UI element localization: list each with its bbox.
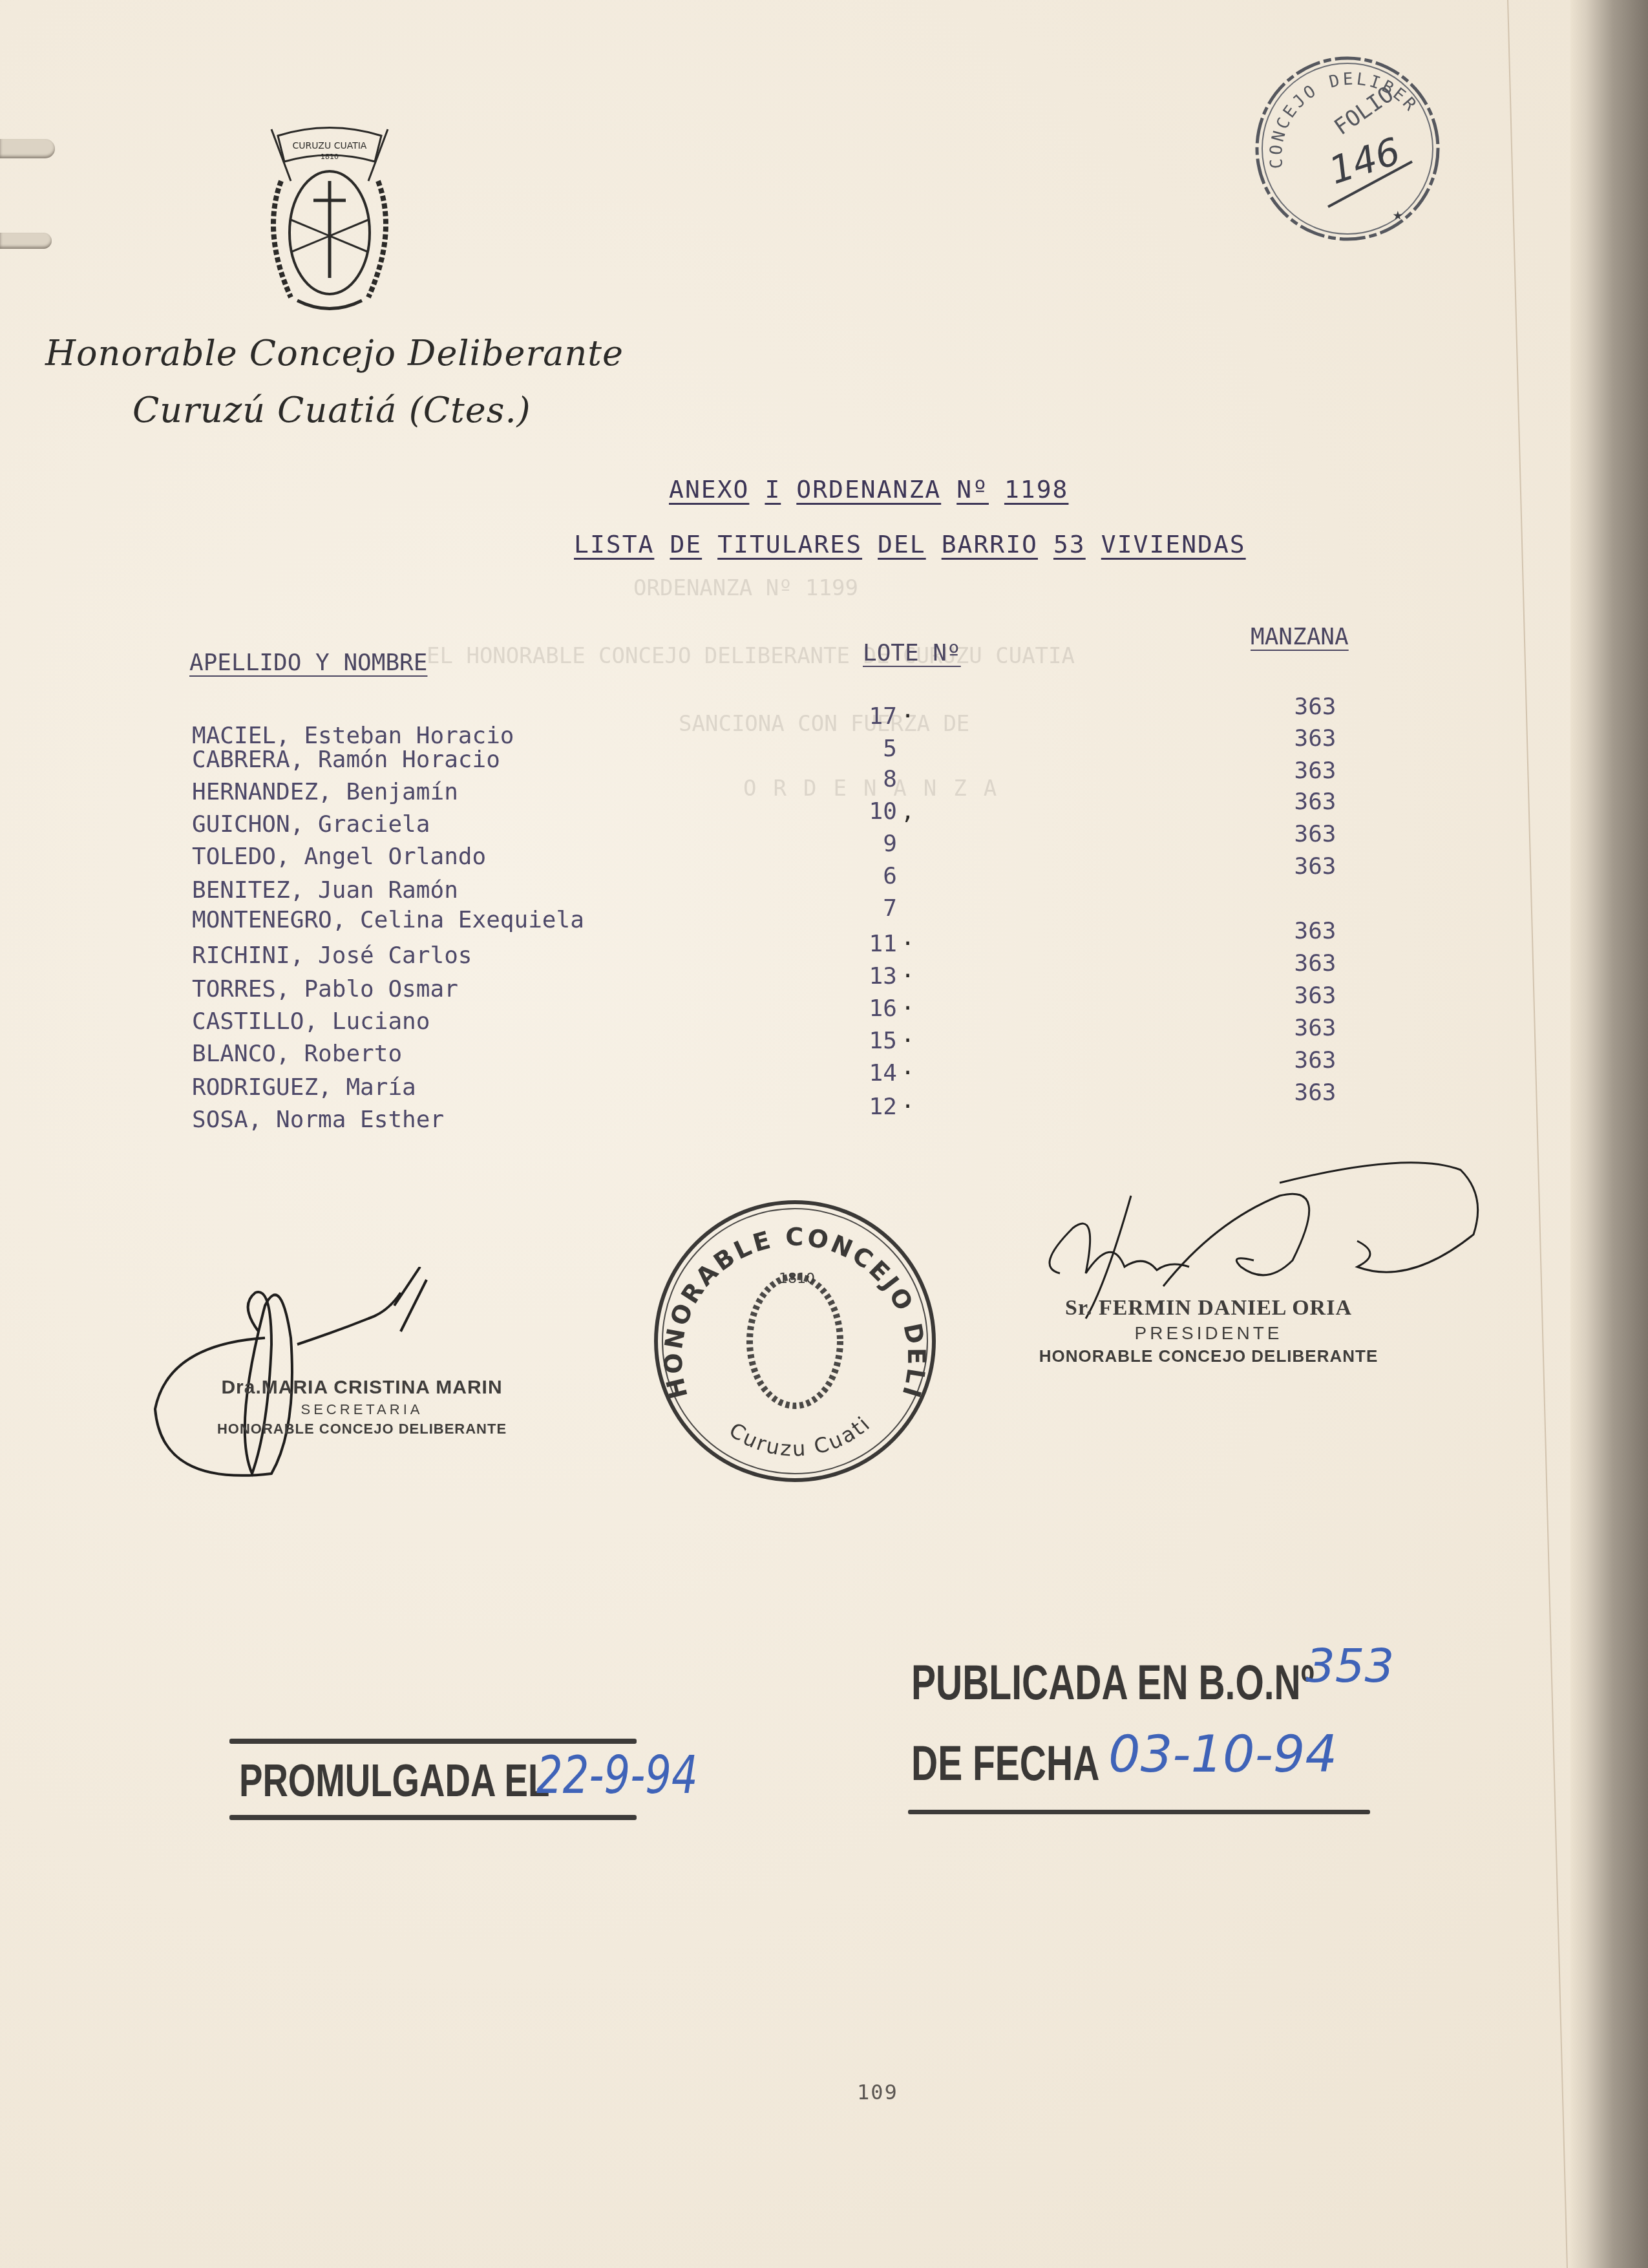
table-row-manzana: 363 — [1280, 694, 1351, 720]
coat-of-arms-icon: CURUZU CUATIA 1810 — [252, 123, 407, 317]
table-row-manzana: 363 — [1280, 950, 1351, 977]
publication-date-label: DE FECHA — [911, 1735, 1099, 1792]
table-row-name: HERNANDEZ, Benjamín — [192, 779, 458, 805]
president-org: HONORABLE CONCEJO DELIBERANTE — [1034, 1346, 1383, 1366]
table-row-lote: 12· — [863, 1094, 921, 1120]
page-fold-line — [1507, 0, 1568, 2268]
promulgation-date: 22-9-94 — [536, 1745, 698, 1805]
table-row-lote: 9 — [863, 831, 921, 857]
svg-text:CURUZU CUATIA: CURUZU CUATIA — [293, 141, 367, 151]
table-row-name: CABRERA, Ramón Horacio — [192, 747, 500, 773]
table-row-lote: 13· — [863, 963, 921, 990]
secretary-role: SECRETARIA — [207, 1401, 517, 1418]
publication-label: PUBLICADA EN B.O.Nº — [911, 1655, 1315, 1711]
bulletin-number: 353 — [1305, 1638, 1394, 1693]
table-row-manzana: 363 — [1280, 1015, 1351, 1041]
institution-name: Honorable Concejo Deliberante — [45, 333, 624, 374]
table-row-name: RICHINI, José Carlos — [192, 942, 472, 969]
svg-text:HONORABLE CONCEJO DELIBERANTE: HONORABLE CONCEJO DELIBERANTE — [643, 1189, 931, 1403]
president-role: PRESIDENTE — [1034, 1323, 1383, 1344]
bleed-through-text: SANCIONA CON FUERZA DE — [679, 711, 969, 737]
institution-city: Curuzú Cuatiá (Ctes.) — [132, 390, 531, 430]
table-row-name: CASTILLO, Luciano — [192, 1008, 430, 1035]
council-seal: HONORABLE CONCEJO DELIBERANTE Curuzu Cua… — [643, 1189, 947, 1493]
secretary-stamp: Dra.MARIA CRISTINA MARIN SECRETARIA HONO… — [207, 1377, 517, 1437]
table-row-manzana: 363 — [1280, 853, 1351, 880]
bleed-through-text: EL HONORABLE CONCEJO DELIBERANTE DE CURU… — [427, 643, 1075, 669]
svg-text:146: 146 — [1324, 129, 1405, 193]
svg-text:1810: 1810 — [779, 1271, 815, 1287]
table-row-lote: 10, — [863, 798, 921, 825]
left-binding — [0, 0, 26, 2268]
table-row-manzana: 363 — [1280, 1079, 1351, 1106]
table-row-name: SOSA, Norma Esther — [192, 1107, 444, 1133]
column-header-lote: LOTE Nº — [863, 640, 961, 666]
table-row-manzana: 363 — [1280, 1047, 1351, 1074]
svg-text:★: ★ — [1393, 205, 1403, 224]
secretary-org: HONORABLE CONCEJO DELIBERANTE — [207, 1421, 517, 1437]
president-stamp: Sr. FERMIN DANIEL ORIA PRESIDENTE HONORA… — [1034, 1296, 1383, 1366]
stamp-rule — [908, 1810, 1370, 1814]
table-row-name: GUICHON, Graciela — [192, 811, 430, 838]
table-row-name: BENITEZ, Juan Ramón — [192, 877, 458, 904]
table-row-manzana: 363 — [1280, 821, 1351, 847]
column-header-manzana: MANZANA — [1251, 624, 1349, 650]
publication-date: 03-10-94 — [1108, 1726, 1337, 1784]
president-name: Sr. FERMIN DANIEL ORIA — [1034, 1296, 1383, 1320]
table-row-lote: 17· — [863, 703, 921, 730]
annex-title: ANEXOIORDENANZANº1198 — [669, 475, 1084, 503]
stamp-rule — [229, 1815, 637, 1820]
table-row-manzana: 363 — [1280, 758, 1351, 784]
table-row-lote: 7 — [863, 895, 921, 922]
table-row-lote: 6 — [863, 863, 921, 889]
table-row-manzana: 363 — [1280, 789, 1351, 815]
table-row-name: MONTENEGRO, Celina Exequiela — [192, 907, 584, 933]
table-row-lote: 15· — [863, 1028, 921, 1054]
secretary-name: Dra.MARIA CRISTINA MARIN — [207, 1377, 517, 1399]
table-row-manzana: 363 — [1280, 725, 1351, 752]
column-header-name: APELLIDO Y NOMBRE — [189, 650, 427, 676]
scanned-page: CURUZU CUATIA 1810 Honorable Concejo Del… — [0, 0, 1648, 2268]
stamp-rule — [229, 1739, 637, 1744]
table-row-manzana: 363 — [1280, 982, 1351, 1009]
table-row-name: TORRES, Pablo Osmar — [192, 976, 458, 1002]
table-row-manzana: 363 — [1280, 918, 1351, 944]
book-spine-shadow — [1570, 0, 1648, 2268]
table-row-lote: 14· — [863, 1060, 921, 1086]
promulgation-label: PROMULGADA EL — [239, 1755, 549, 1807]
table-row-name: RODRIGUEZ, María — [192, 1074, 416, 1101]
table-row-lote: 5 — [863, 736, 921, 762]
folio-stamp: CONCEJO DELIBERANTE FOLIO 146 ★ — [1244, 45, 1451, 252]
list-title: LISTADETITULARESDELBARRIO53VIVIENDAS — [574, 530, 1262, 558]
table-row-name: BLANCO, Roberto — [192, 1041, 402, 1067]
bleed-through-text: ORDENANZA Nº 1199 — [633, 575, 858, 601]
table-row-name: MACIEL, Esteban Horacio — [192, 723, 514, 749]
punch-hole-tear — [0, 233, 52, 249]
table-row-lote: 16· — [863, 995, 921, 1022]
table-row-name: TOLEDO, Angel Orlando — [192, 843, 486, 870]
page-number: 109 — [857, 2080, 898, 2104]
svg-text:1810: 1810 — [321, 153, 339, 161]
table-row-lote: 8 — [863, 766, 921, 792]
table-row-lote: 11· — [863, 931, 921, 957]
punch-hole-tear — [0, 139, 55, 158]
